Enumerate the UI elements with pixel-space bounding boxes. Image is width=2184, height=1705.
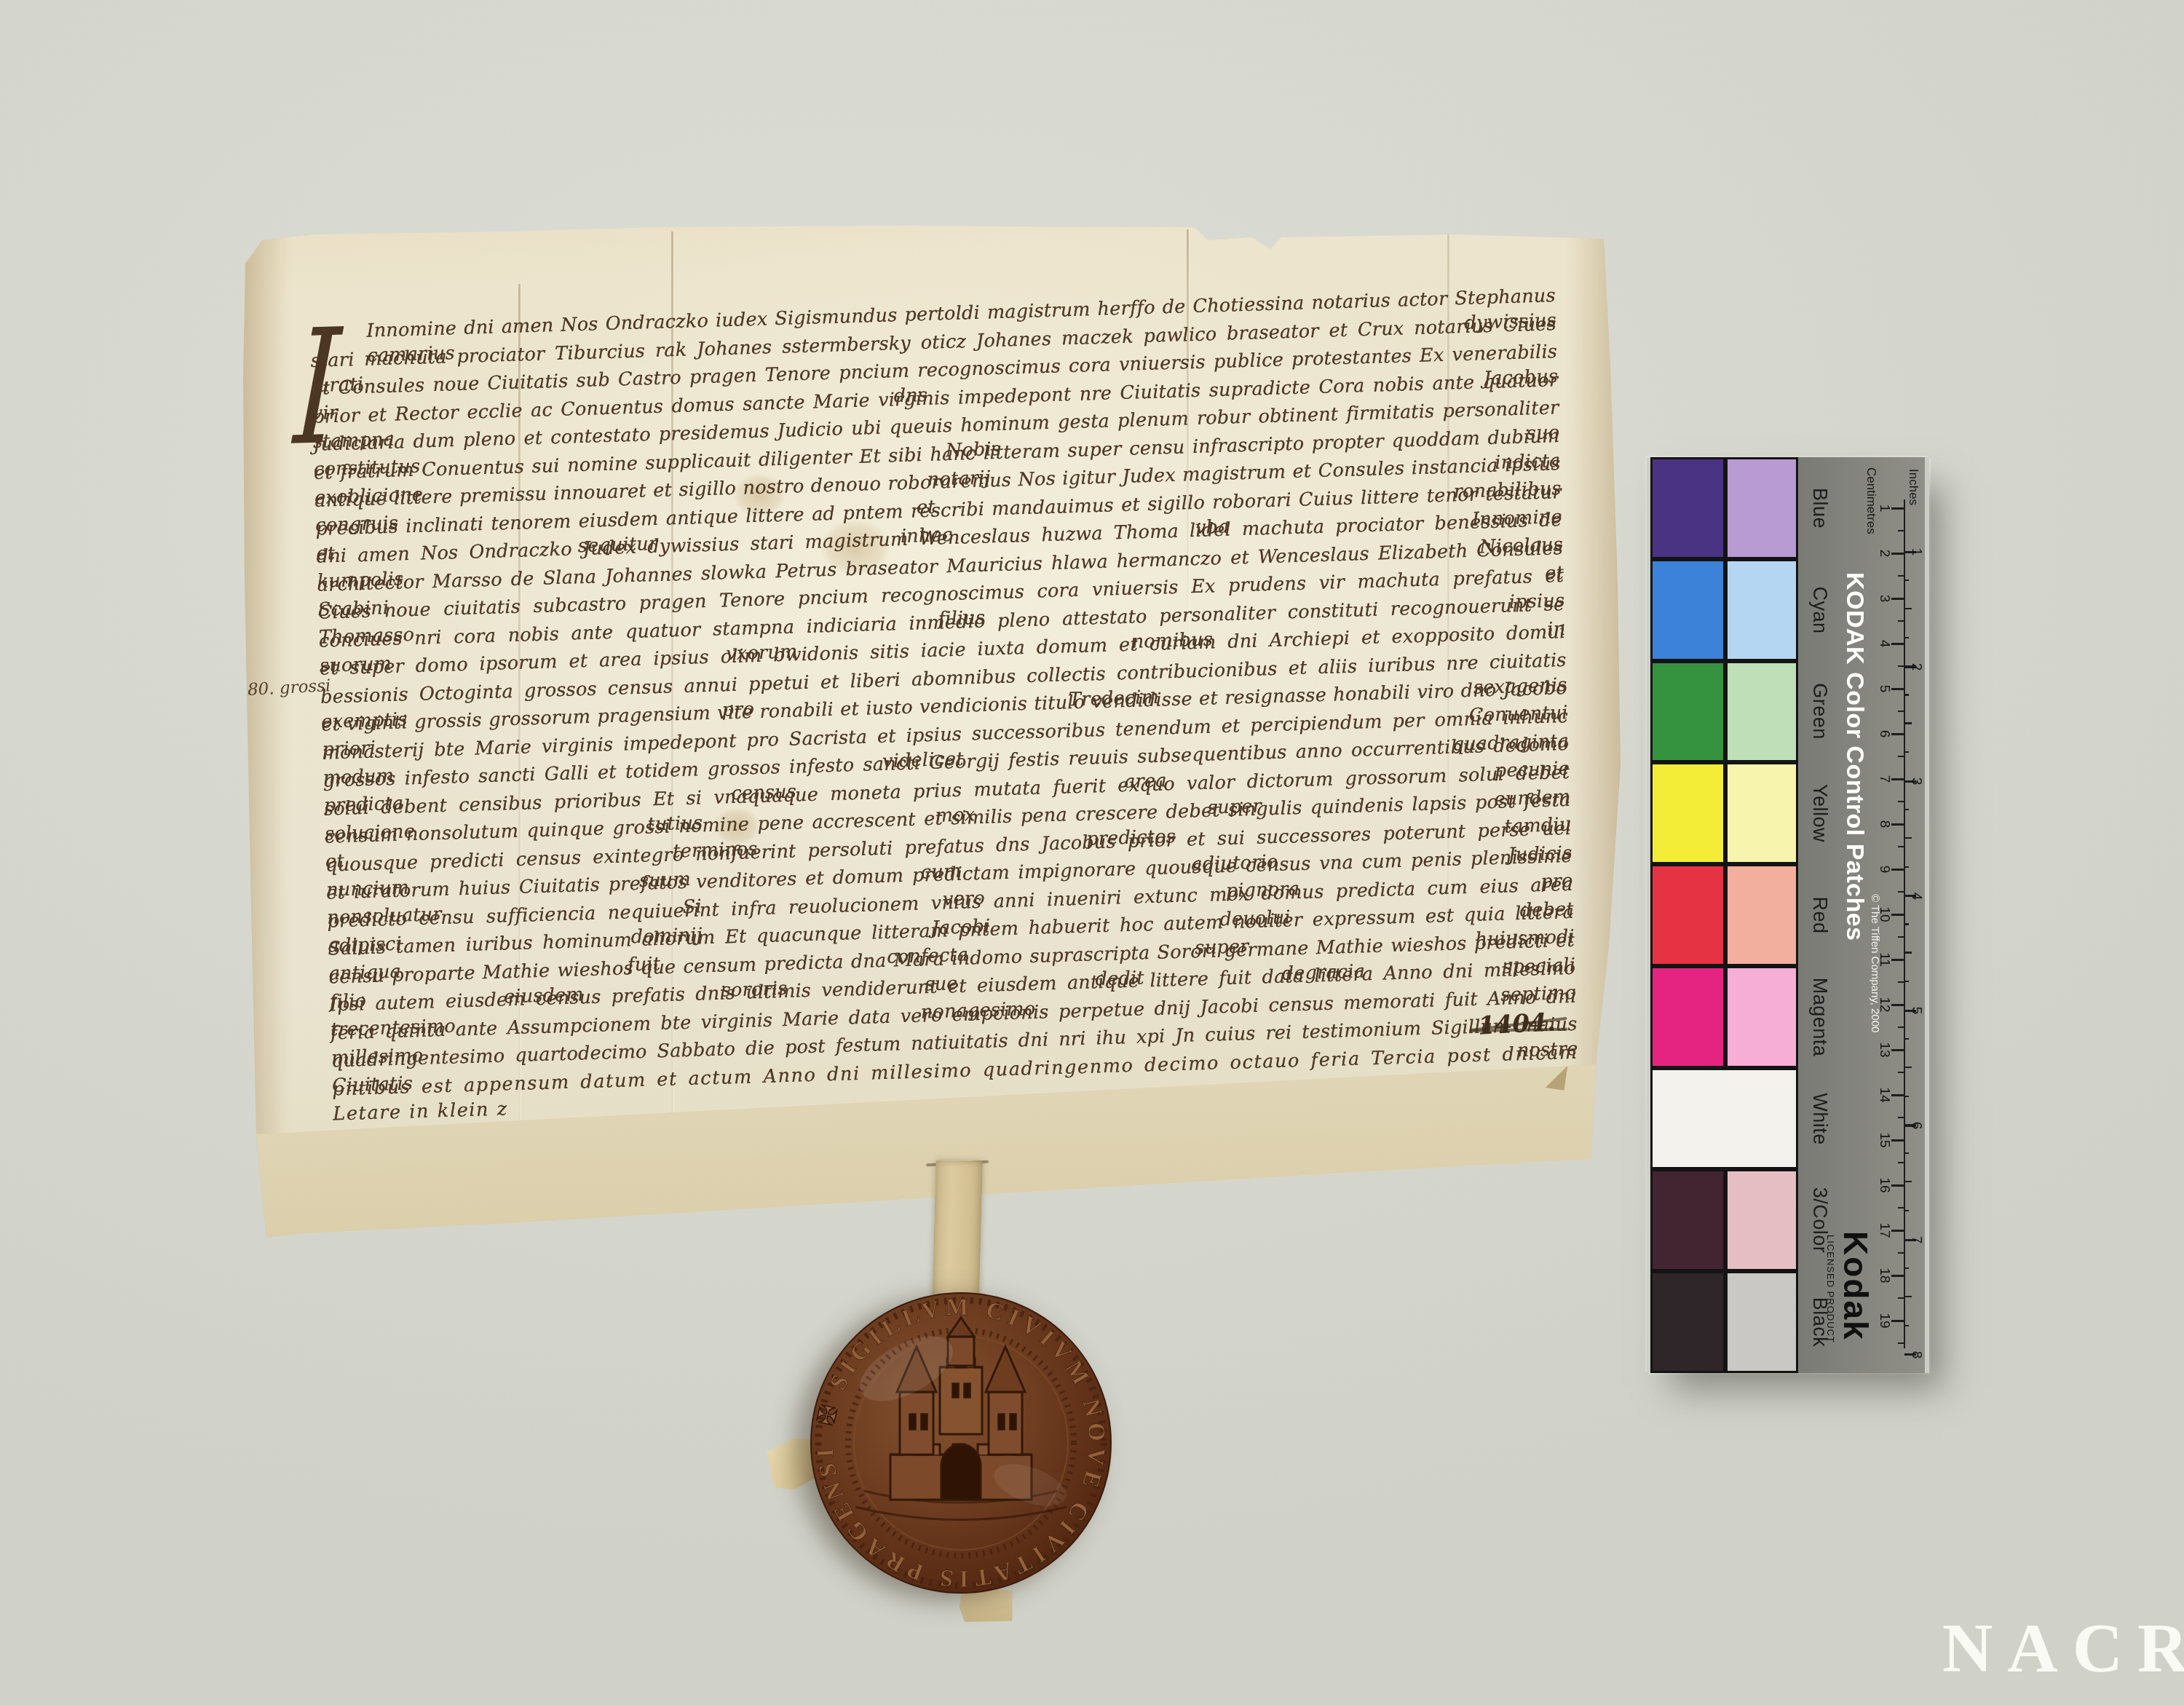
cm-ruler-minor-ticks <box>1898 530 1904 1345</box>
cm-number: 13 <box>1873 1034 1895 1066</box>
color-patch-yellow <box>1653 764 1723 862</box>
cm-number: 6 <box>1873 718 1895 750</box>
kodak-licensed-label: LICENSED PRODUCT <box>1825 1235 1836 1345</box>
patch-row-label: White <box>1775 1103 1865 1135</box>
wax-seal: ✠ SIGILLVM CIVIVM NOVE CIVITATIS PRAGENS… <box>804 1281 1117 1599</box>
cm-number: 2 <box>1873 537 1895 569</box>
cm-number: 19 <box>1873 1305 1895 1337</box>
color-patch-3color <box>1653 1171 1723 1269</box>
charter-parchment: I Innomine dni amen Nos Ondraczko iudex … <box>240 102 1627 1252</box>
color-patch-red <box>1653 866 1723 964</box>
archive-watermark: NACR <box>1942 1607 2184 1688</box>
inch-number: 4 <box>1905 880 1927 912</box>
cm-number: 17 <box>1873 1214 1895 1246</box>
kodak-logo: Kodak <box>1837 1231 1875 1344</box>
cm-number: 16 <box>1873 1169 1895 1201</box>
margin-note: 80. grossi <box>247 676 331 700</box>
target-title: KODAK Color Control Patches <box>1838 572 1869 980</box>
patch-row-label: Blue <box>1775 492 1865 524</box>
color-patch-black <box>1653 1273 1723 1371</box>
patch-row-label: Magenta <box>1775 1001 1865 1033</box>
color-patch-cyan <box>1653 561 1723 659</box>
cm-number: 11 <box>1873 944 1895 976</box>
inch-number: 6 <box>1905 1109 1927 1142</box>
cm-number: 7 <box>1873 763 1895 795</box>
cm-number: 10 <box>1873 898 1895 930</box>
cm-number: 14 <box>1873 1079 1895 1111</box>
inch-number: 2 <box>1905 651 1927 683</box>
inch-number: 3 <box>1905 765 1927 797</box>
inch-number: 7 <box>1905 1224 1927 1256</box>
archival-photo: I Innomine dni amen Nos Ondraczko iudex … <box>0 0 2184 1705</box>
inches-label: Inches <box>1906 469 1920 520</box>
cm-number: 18 <box>1873 1259 1895 1291</box>
cm-number: 1 <box>1873 492 1895 524</box>
cm-number: 3 <box>1873 582 1895 614</box>
color-patch-blue <box>1653 459 1723 557</box>
kodak-color-target: BlueCyanGreenYellowRedMagentaWhite3/Colo… <box>1647 457 1929 1373</box>
cm-number: 12 <box>1873 989 1895 1021</box>
color-patch-magenta <box>1653 968 1723 1066</box>
color-patch-green <box>1653 663 1723 761</box>
inch-number: 8 <box>1905 1339 1927 1371</box>
charter-text-block: I Innomine dni amen Nos Ondraczko iudex … <box>309 283 1580 1179</box>
date-annotation: 1404. <box>1477 1008 1556 1041</box>
cm-number: 5 <box>1873 673 1895 705</box>
cm-number: 15 <box>1873 1124 1895 1156</box>
inch-number: 1 <box>1905 536 1927 568</box>
inch-number: 5 <box>1905 994 1927 1026</box>
cm-number: 8 <box>1873 808 1895 840</box>
cm-number: 4 <box>1873 628 1895 660</box>
cm-number: 9 <box>1873 853 1895 885</box>
